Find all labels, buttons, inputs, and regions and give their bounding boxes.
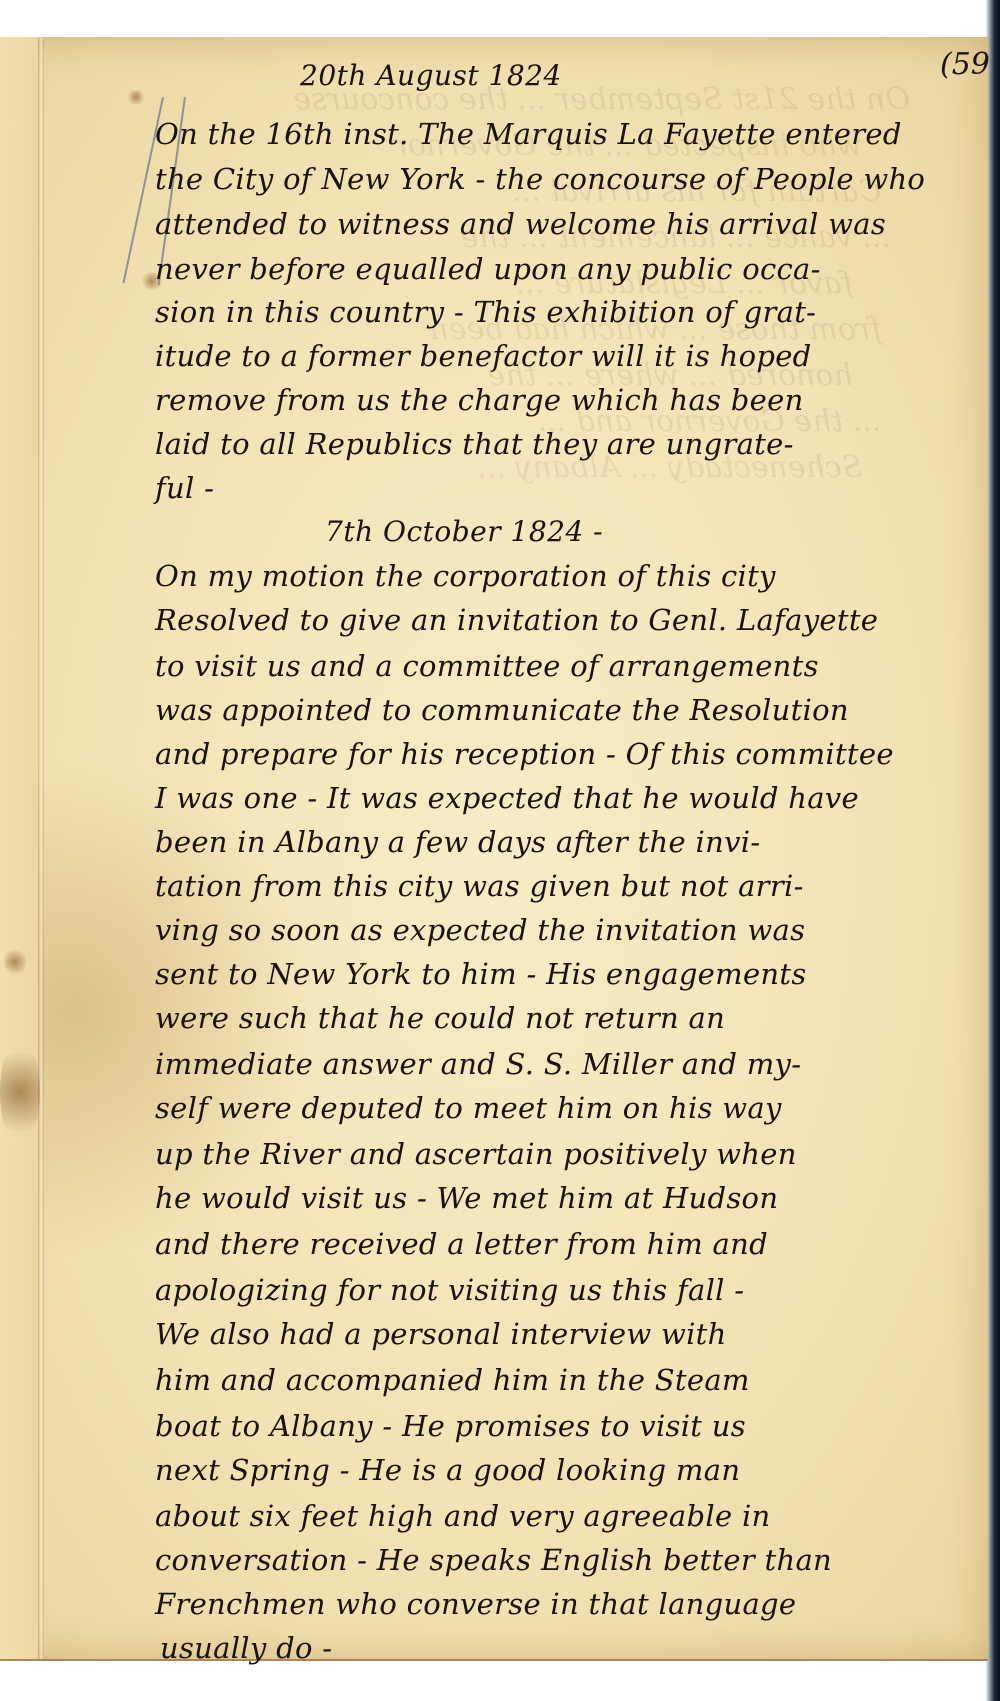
manuscript-line: he would visit us - We met him at Hudson: [155, 1181, 995, 1215]
page-number: (59: [940, 47, 990, 82]
manuscript-line: conversation - He speaks English better …: [155, 1543, 995, 1577]
manuscript-line: the City of New York - the concourse of …: [155, 162, 995, 196]
manuscript-line: been in Albany a few days after the invi…: [155, 825, 995, 859]
manuscript-line: itude to a former benefactor will it is …: [155, 339, 995, 373]
manuscript-line: attended to witness and welcome his arri…: [155, 207, 995, 241]
manuscript-line: immediate answer and S. S. Miller and my…: [155, 1047, 995, 1081]
manuscript-line: Resolved to give an invitation to Genl. …: [155, 603, 995, 637]
ink-stain: [126, 90, 146, 104]
binding-fold: [38, 37, 44, 1659]
manuscript-line: and there received a letter from him and: [155, 1227, 995, 1261]
manuscript-line: never before equalled upon any public oc…: [155, 252, 995, 286]
manuscript-line: On my motion the corporation of this cit…: [155, 559, 995, 593]
manuscript-line: I was one - It was expected that he woul…: [155, 781, 995, 815]
manuscript-line: were such that he could not return an: [155, 1001, 995, 1035]
manuscript-line: sent to New York to him - His engagement…: [155, 957, 995, 991]
manuscript-line: boat to Albany - He promises to visit us: [155, 1409, 995, 1443]
entry-date-heading: 7th October 1824 -: [325, 515, 603, 548]
manuscript-line: tation from this city was given but not …: [155, 869, 995, 903]
ink-stain: [0, 1037, 40, 1147]
manuscript-line: apologizing for not visiting us this fal…: [155, 1273, 995, 1307]
manuscript-line: Frenchmen who converse in that language: [155, 1587, 995, 1621]
ink-stain: [4, 947, 26, 977]
manuscript-line: ful -: [155, 471, 995, 505]
manuscript-line: On the 16th inst. The Marquis La Fayette…: [155, 117, 995, 151]
manuscript-line: ving so soon as expected the invitation …: [155, 913, 995, 947]
manuscript-line: We also had a personal interview with: [155, 1317, 995, 1351]
manuscript-line: and prepare for his reception - Of this …: [155, 737, 995, 771]
binding-strip: [0, 37, 38, 1659]
manuscript-line: was appointed to communicate the Resolut…: [155, 693, 995, 727]
manuscript-line: up the River and ascertain positively wh…: [155, 1137, 995, 1171]
manuscript-line: self were deputed to meet him on his way: [155, 1091, 995, 1125]
manuscript-line: about six feet high and very agreeable i…: [155, 1499, 995, 1533]
manuscript-line: sion in this country - This exhibition o…: [155, 295, 995, 329]
manuscript-line: next Spring - He is a good looking man: [155, 1453, 995, 1487]
manuscript-line: remove from us the charge which has been: [155, 383, 995, 417]
entry-date-heading: 20th August 1824: [300, 59, 562, 92]
manuscript-line: usually do -: [160, 1631, 1000, 1665]
manuscript-line: laid to all Republics that they are ungr…: [155, 427, 995, 461]
manuscript-line: to visit us and a committee of arrangeme…: [155, 649, 995, 683]
manuscript-line: him and accompanied him in the Steam: [155, 1363, 995, 1397]
manuscript-page: On the 21st September ... the concourse …: [0, 37, 988, 1661]
manuscript-scan: On the 21st September ... the concourse …: [0, 0, 1000, 1701]
